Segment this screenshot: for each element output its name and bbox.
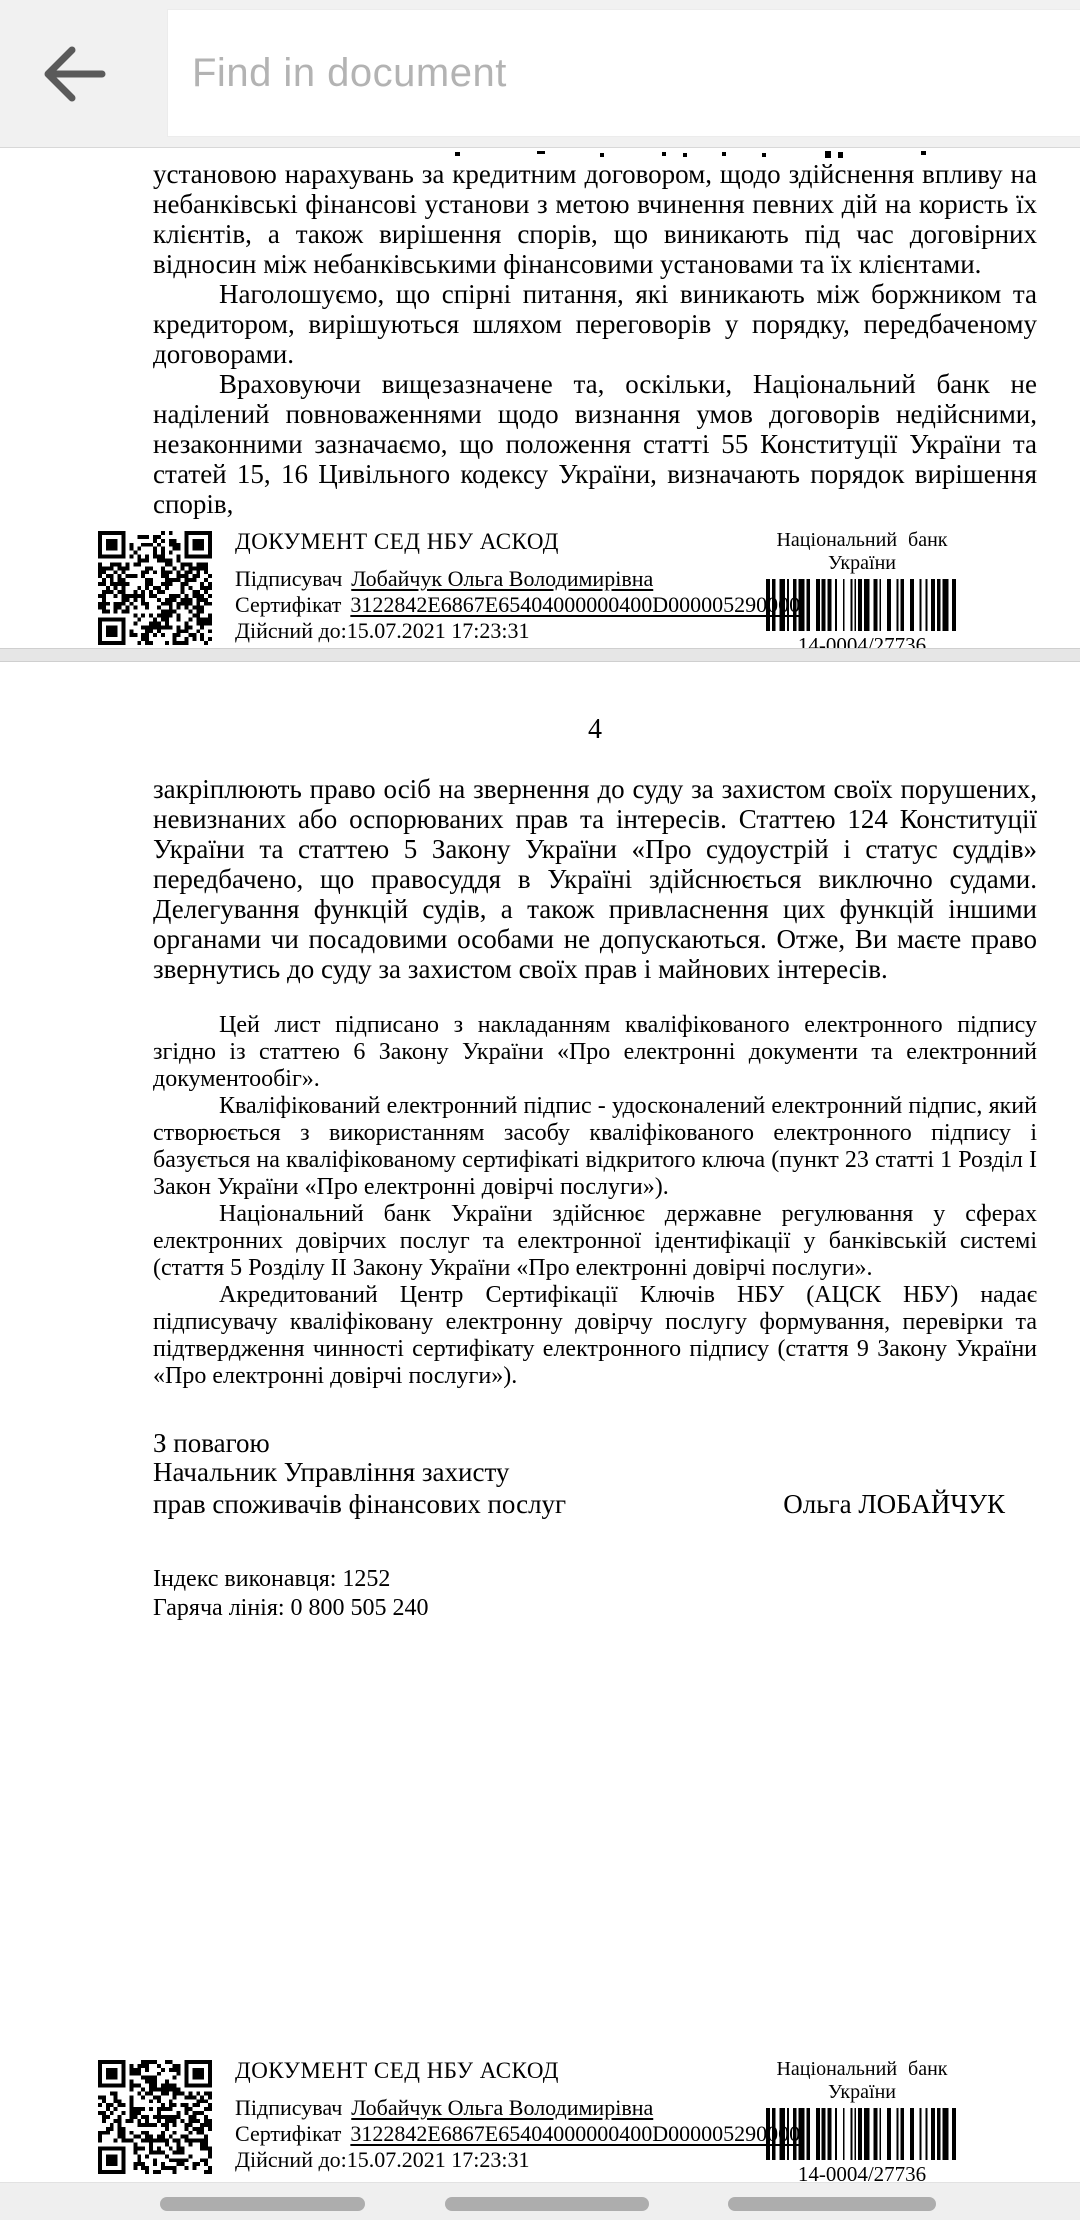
signer-position-line2: прав споживачів фінансових послуг (153, 1488, 566, 1520)
scroll-pill-2[interactable] (445, 2197, 649, 2211)
bank-name: Національний банк України (753, 529, 971, 575)
stamp-validity-line: Дійсний до:15.07.2021 17:23:31 (235, 2147, 715, 2173)
executor-index: Індекс виконавця: 1252 (153, 1565, 1037, 1594)
qr-code (98, 2060, 212, 2174)
certificate-label: Сертифікат (235, 592, 341, 617)
page1-text: установою нарахувань за кредитним догово… (153, 159, 1037, 519)
page-separator (0, 648, 1080, 662)
hotline: Гаряча лінія: 0 800 505 240 (153, 1594, 1037, 1623)
stamp-system-name: ДОКУМЕНТ СЕД НБУ АСКОД (235, 529, 715, 555)
stamp-text: ДОКУМЕНТ СЕД НБУ АСКОД ПідписувачЛобайчу… (235, 529, 715, 644)
signer-name: Лобайчук Ольга Володимирівна (351, 2095, 653, 2120)
signature-stamp-block: ДОКУМЕНТ СЕД НБУ АСКОД ПідписувачЛобайчу… (98, 529, 982, 653)
certificate-number: 3122842E6867E65404000000400D000005290000 (350, 2121, 800, 2146)
stamp-text: ДОКУМЕНТ СЕД НБУ АСКОД ПідписувачЛобайчу… (235, 2058, 715, 2173)
paragraph: Враховуючи вищезазначене та, оскільки, Н… (153, 369, 1037, 519)
bank-name: Національний банк України (753, 2058, 971, 2104)
paragraph: закріплюють право осіб на звернення до с… (153, 774, 1037, 984)
page2-text: закріплюють право осіб на звернення до с… (153, 774, 1037, 1458)
certificate-label: Сертифікат (235, 2121, 341, 2146)
find-toolbar: Find in document (0, 0, 1080, 148)
signer-full-name: Ольга ЛОБАЙЧУК (783, 1489, 1037, 1520)
search-placeholder: Find in document (168, 51, 507, 96)
qr-code (98, 531, 212, 645)
stamp-system-name: ДОКУМЕНТ СЕД НБУ АСКОД (235, 2058, 715, 2084)
paragraph: Наголошуємо, що спірні питання, які вини… (153, 279, 1037, 369)
closing-salutation: З повагою (153, 1428, 1037, 1458)
paragraph: установою нарахувань за кредитним догово… (153, 159, 1037, 279)
contact-block: Індекс виконавця: 1252 Гаряча лінія: 0 8… (153, 1565, 1037, 1623)
legal-paragraph: Національний банк України здійснює держа… (153, 1201, 1037, 1282)
page-number: 4 (588, 714, 602, 745)
back-button[interactable] (30, 30, 118, 118)
stamp-validity-line: Дійсний до:15.07.2021 17:23:31 (235, 618, 715, 644)
barcode (766, 579, 958, 631)
signature-stamp-block: ДОКУМЕНТ СЕД НБУ АСКОД ПідписувачЛобайчу… (98, 2058, 982, 2182)
scroll-pill-3[interactable] (728, 2197, 936, 2211)
arrow-left-icon (36, 36, 112, 112)
signer-position-line1: Начальник Управління захисту (153, 1456, 566, 1488)
page-number-wrap: 4 (153, 714, 1037, 746)
signer-name: Лобайчук Ольга Володимирівна (351, 566, 653, 591)
legal-notes: Цей лист підписано з накладанням кваліфі… (153, 1012, 1037, 1390)
legal-paragraph: Кваліфікований електронний підпис - удос… (153, 1093, 1037, 1201)
document-page-2: 4 закріплюють право осіб на звернення до… (0, 662, 1080, 2182)
document-viewer-screen: Find in document установою нарахувань за… (0, 0, 1080, 2220)
stamp-signer-line: ПідписувачЛобайчук Ольга Володимирівна (235, 566, 715, 592)
bottom-scroll-strip (0, 2182, 1080, 2220)
legal-paragraph: Акредитований Центр Сертифікації Ключів … (153, 1282, 1037, 1390)
signature-row: Начальник Управління захисту прав спожив… (153, 1456, 1037, 1520)
signer-label: Підписувач (235, 2095, 342, 2120)
legal-paragraph: Цей лист підписано з накладанням кваліфі… (153, 1012, 1037, 1093)
scroll-pill-1[interactable] (160, 2197, 365, 2211)
stamp-signer-line: ПідписувачЛобайчук Ольга Володимирівна (235, 2095, 715, 2121)
certificate-number: 3122842E6867E65404000000400D000005290000 (350, 592, 800, 617)
barcode (766, 2108, 958, 2160)
stamp-certificate-line: Сертифікат3122842E6867E65404000000400D00… (235, 2121, 715, 2147)
signer-position: Начальник Управління захисту прав спожив… (153, 1456, 566, 1520)
find-in-document-input[interactable]: Find in document (168, 10, 1080, 136)
stamp-certificate-line: Сертифікат3122842E6867E65404000000400D00… (235, 592, 715, 618)
signer-label: Підписувач (235, 566, 342, 591)
document-page-1: установою нарахувань за кредитним догово… (0, 149, 1080, 648)
